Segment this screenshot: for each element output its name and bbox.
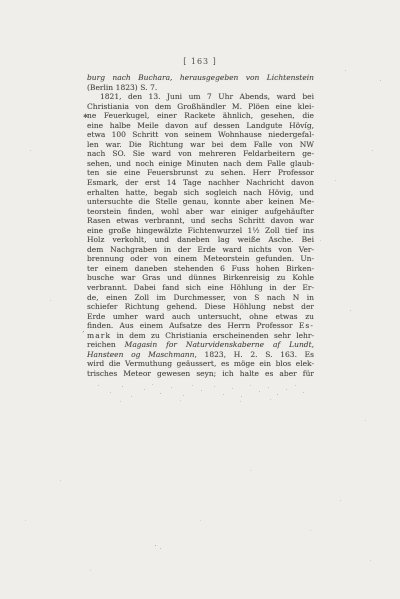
text-line: schiefer Richtung gehend. Diese Höhlung …: [87, 302, 314, 312]
text-segment: Es-: [299, 321, 314, 330]
text-segment: teorstein finden, wohl aber war einiger …: [87, 207, 314, 216]
text-segment: ne Feuerkugel, einer Rackete ähnlich, ge…: [87, 111, 314, 120]
text-line: etwa 100 Schritt von seinem Wohnhause ni…: [87, 130, 314, 140]
text-segment: eine große hingewälzte Fichtenwurzel 1½ …: [87, 226, 314, 235]
text-block: burg nach Buchara, herausgegeben von Lic…: [87, 73, 314, 379]
text-segment: nach SO. Sie ward von mehreren Feldarbei…: [87, 149, 314, 158]
page-number: [ 163 ]: [0, 57, 400, 66]
text-line: ter einem daneben stehenden 6 Fuss hohen…: [87, 264, 314, 274]
text-segment: burg nach Buchara, herausgegeben von Lic…: [87, 73, 314, 82]
text-segment: (Berlin 1823) S. 7.: [87, 83, 157, 92]
text-segment: , 1823, H. 2. S. 163. Es: [194, 350, 314, 359]
text-line: ten sie eine Feuersbrunst zu sehen. Herr…: [87, 168, 314, 178]
text-line: trisches Meteor gewesen seyn; ich halte …: [87, 369, 314, 379]
text-segment: mark: [87, 331, 111, 340]
text-segment: brennung oder von einem Meteorstein gefu…: [87, 254, 314, 263]
text-segment: etwa 100 Schritt von seinem Wohnhause ni…: [87, 130, 314, 139]
margin-mark-icon: ʼ: [82, 332, 84, 338]
text-segment: ten sie eine Feuersbrunst zu sehen. Herr…: [87, 168, 314, 177]
text-line: teorstein finden, wohl aber war einiger …: [87, 207, 314, 217]
text-line: Christiania von dem Großhändler M. Plöen…: [87, 102, 314, 112]
text-segment: untersuchte die Stelle genau, konnte abe…: [87, 197, 314, 206]
text-line: Holz verkohlt, und daneben lag weiße Asc…: [87, 235, 314, 245]
text-line: burg nach Buchara, herausgegeben von Lic…: [87, 73, 314, 83]
text-segment: verbrannt. Dabei fand sich eine Höhlung …: [87, 283, 314, 292]
text-segment: Rasen etwas verbrannt, und sechs Schritt…: [87, 216, 314, 225]
text-segment: dem Nachgraben in der Erde ward nichts v…: [87, 245, 314, 254]
text-line: de, einen Zoll im Durchmesser, von S nac…: [87, 293, 314, 303]
text-line: brennung oder von einem Meteorstein gefu…: [87, 254, 314, 264]
text-segment: busche war Gras und dünnes Birkenreisig …: [87, 273, 314, 282]
text-line: untersuchte die Stelle genau, konnte abe…: [87, 197, 314, 207]
text-segment: Hansteen og Maschmann: [87, 350, 194, 359]
text-segment: 1821, den 13. Juni um 7 Uhr Abends, ward…: [100, 92, 314, 101]
text-line: Esmark, der erst 14 Tage nachher Nachric…: [87, 178, 314, 188]
text-line: sehen, und noch einige Minuten nach dem …: [87, 159, 314, 169]
scan-noise: [0, 0, 1, 1]
text-line: reichen Magasin for Naturvidenskaberne a…: [87, 340, 314, 350]
text-line: len war. Die Richtung war bei dem Falle …: [87, 140, 314, 150]
text-segment: Christiania von dem Großhändler M. Plöen…: [87, 102, 314, 111]
text-line: 1821, den 13. Juni um 7 Uhr Abends, ward…: [87, 92, 314, 102]
text-line: erhalten hatte, begab sich sogleich nach…: [87, 188, 314, 198]
text-line: finden. Aus einem Aufsatze des Herrn Pro…: [87, 321, 314, 331]
text-segment: schiefer Richtung gehend. Diese Höhlung …: [87, 302, 314, 311]
text-line: wird die Vermuthung geäussert, es möge e…: [87, 359, 314, 369]
text-line: eine große hingewälzte Fichtenwurzel 1½ …: [87, 226, 314, 236]
margin-mark-icon: ✱: [83, 114, 88, 120]
text-line: dem Nachgraben in der Erde ward nichts v…: [87, 245, 314, 255]
text-segment: len war. Die Richtung war bei dem Falle …: [87, 140, 314, 149]
text-segment: reichen: [87, 340, 125, 349]
text-line: verbrannt. Dabei fand sich eine Höhlung …: [87, 283, 314, 293]
text-segment: Holz verkohlt, und daneben lag weiße Asc…: [87, 235, 314, 244]
text-line: Erde umher ward auch untersucht, ohne et…: [87, 312, 314, 322]
text-line: mark in dem zu Christiania erscheinenden…: [87, 331, 314, 341]
scanned-book-page: [ 163 ] burg nach Buchara, herausgegeben…: [0, 0, 400, 599]
text-line: (Berlin 1823) S. 7.: [87, 83, 314, 93]
text-segment: finden. Aus einem Aufsatze des Herrn Pro…: [87, 321, 299, 330]
text-line: nach SO. Sie ward von mehreren Feldarbei…: [87, 149, 314, 159]
text-segment: de, einen Zoll im Durchmesser, von S nac…: [87, 293, 314, 302]
text-segment: Magasin for Naturvidenskaberne af Lundt,: [125, 340, 314, 349]
text-segment: erhalten hatte, begab sich sogleich nach…: [87, 188, 314, 197]
text-line: busche war Gras und dünnes Birkenreisig …: [87, 273, 314, 283]
text-segment: in dem zu Christiania erscheinenden sehr…: [111, 331, 314, 340]
text-segment: Esmark, der erst 14 Tage nachher Nachric…: [87, 178, 314, 187]
text-segment: sehen, und noch einige Minuten nach dem …: [87, 159, 314, 168]
text-segment: ter einem daneben stehenden 6 Fuss hohen…: [87, 264, 314, 273]
text-segment: trisches Meteor gewesen seyn; ich halte …: [87, 369, 314, 378]
text-segment: Erde umher ward auch untersucht, ohne et…: [87, 312, 314, 321]
text-segment: eine halbe Meile davon auf dessen Landgu…: [87, 121, 314, 130]
text-line: Rasen etwas verbrannt, und sechs Schritt…: [87, 216, 314, 226]
text-segment: wird die Vermuthung geäussert, es möge e…: [87, 359, 314, 368]
text-line: ne Feuerkugel, einer Rackete ähnlich, ge…: [87, 111, 314, 121]
text-line: eine halbe Meile davon auf dessen Landgu…: [87, 121, 314, 131]
text-line: Hansteen og Maschmann, 1823, H. 2. S. 16…: [87, 350, 314, 360]
